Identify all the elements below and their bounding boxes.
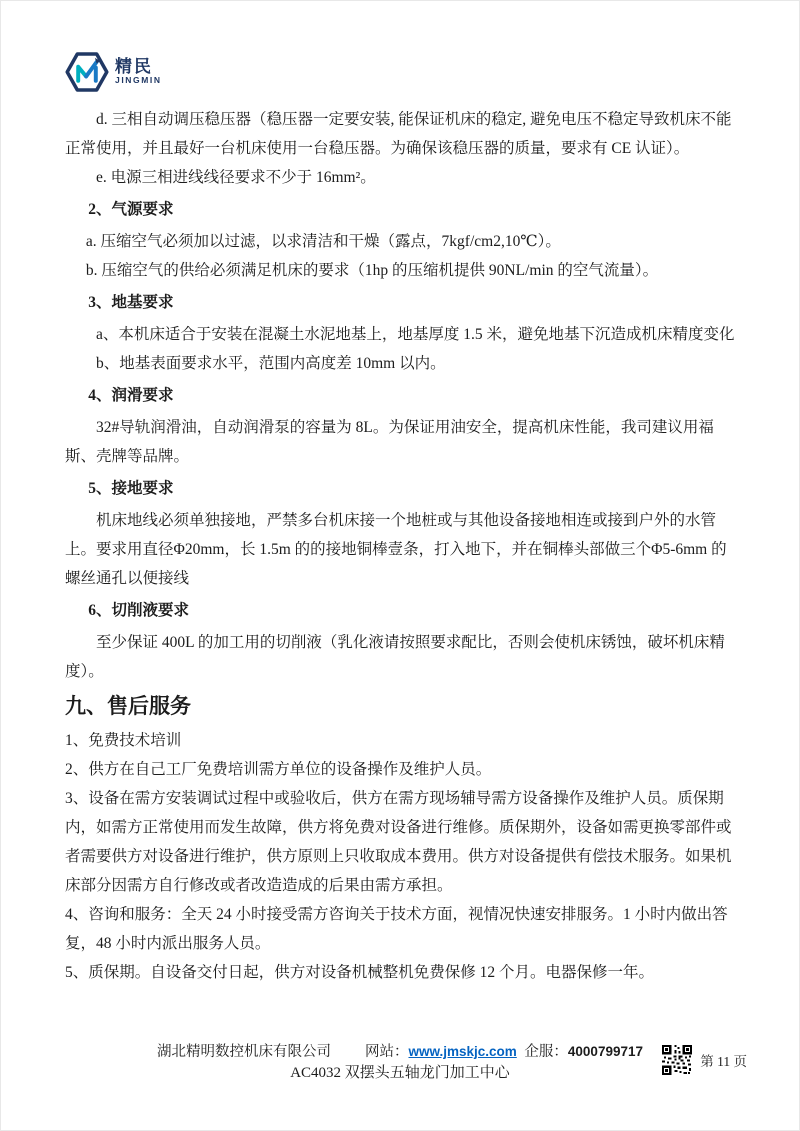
paragraph: 5、质保期。自设备交付日起，供方对设备机械整机免费保修 12 个月。电器保修一年… — [65, 958, 741, 987]
paragraph: b. 压缩空气的供给必须满足机床的要求（1hp 的压缩机提供 90NL/min … — [65, 256, 741, 285]
section-heading: 5、接地要求 — [65, 474, 741, 503]
paragraph: 4、咨询和服务：全天 24 小时接受需方咨询关于技术方面，视情况快速安排服务。1… — [65, 900, 741, 958]
company-logo: 精民 JINGMIN — [65, 49, 741, 95]
document-body: d. 三相自动调压稳压器（稳压器一定要安装, 能保证机床的稳定, 避免电压不稳定… — [65, 105, 741, 987]
service-label: 企服： — [524, 1044, 568, 1060]
section-heading: 2、气源要求 — [65, 195, 741, 224]
website-label: 网站： — [365, 1044, 409, 1060]
logo-brand-cn: 精民 — [115, 58, 162, 75]
page-footer: 湖北精明数控机床有限公司网站：www.jmskjc.com 企服：4000799… — [1, 1041, 799, 1101]
paragraph: 32#导轨润滑油，自动润滑泵的容量为 8L。为保证用油安全，提高机床性能，我司建… — [65, 413, 741, 471]
paragraph: 至少保证 400L 的加工用的切削液（乳化液请按照要求配比，否则会使机床锈蚀，破… — [65, 628, 741, 686]
paragraph: 2、供方在自己工厂免费培训需方单位的设备操作及维护人员。 — [65, 755, 741, 784]
company-name: 湖北精明数控机床有限公司 — [157, 1044, 331, 1060]
paragraph: 机床地线必须单独接地，严禁多台机床接一个地桩或与其他设备接地相连或接到户外的水管… — [65, 506, 741, 593]
paragraph: e. 电源三相进线线径要求不少于 16mm²。 — [65, 163, 741, 192]
service-phone: 4000799717 — [568, 1044, 643, 1059]
logo-brand-en: JINGMIN — [115, 75, 162, 86]
paragraph: d. 三相自动调压稳压器（稳压器一定要安装, 能保证机床的稳定, 避免电压不稳定… — [65, 105, 741, 163]
document-page: 精民 JINGMIN d. 三相自动调压稳压器（稳压器一定要安装, 能保证机床的… — [0, 0, 800, 1131]
section-heading: 九、售后服务 — [65, 690, 741, 723]
section-heading: 6、切削液要求 — [65, 596, 741, 625]
section-heading: 3、地基要求 — [65, 288, 741, 317]
paragraph: 3、设备在需方安装调试过程中或验收后，供方在需方现场辅导需方设备操作及维护人员。… — [65, 784, 741, 900]
paragraph: b、地基表面要求水平，范围内高度差 10mm 以内。 — [65, 349, 741, 378]
section-heading: 4、润滑要求 — [65, 381, 741, 410]
paragraph: 1、免费技术培训 — [65, 726, 741, 755]
paragraph: a. 压缩空气必须加以过滤，以求清洁和干燥（露点，7kgf/cm2,10℃）。 — [65, 227, 741, 256]
qr-code-icon — [662, 1045, 692, 1075]
paragraph: a、本机床适合于安装在混凝土水泥地基上，地基厚度 1.5 米，避免地基下沉造成机… — [65, 320, 741, 349]
page-number: 第 11 页 — [700, 1050, 747, 1070]
website-link[interactable]: www.jmskjc.com — [408, 1044, 516, 1059]
logo-wordmark: 精民 JINGMIN — [115, 58, 162, 86]
logo-hexagon-icon — [65, 50, 109, 94]
